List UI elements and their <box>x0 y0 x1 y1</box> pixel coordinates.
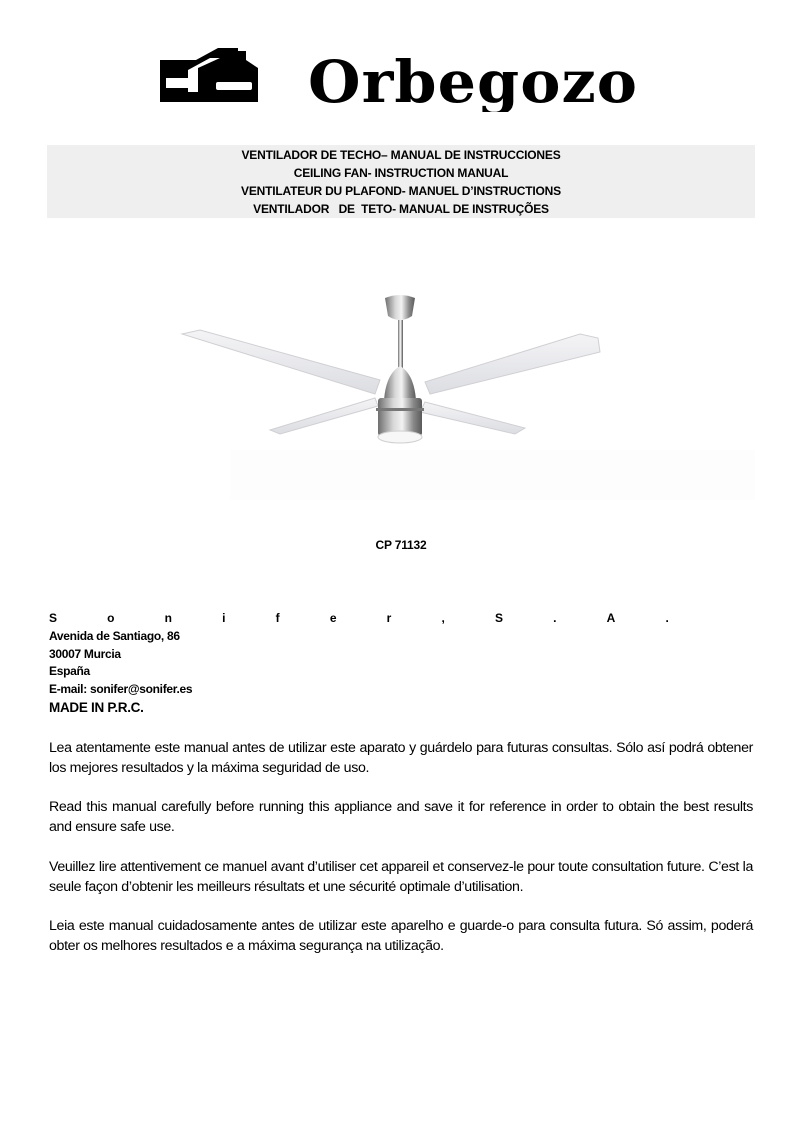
country-of-origin: MADE IN P.R.C. <box>49 700 144 715</box>
company-letter: . <box>666 611 669 625</box>
address-street: Avenida de Santiago, 86 <box>49 628 192 646</box>
intro-paragraph-en: Read this manual carefully before runnin… <box>49 797 753 837</box>
brand-logo: Orbegozo <box>158 46 644 112</box>
company-letter: A <box>607 611 616 625</box>
intro-paragraph-es: Lea atentamente este manual antes de uti… <box>49 738 753 778</box>
company-letter: . <box>553 611 556 625</box>
intro-paragraph-fr: Veuillez lire attentivement ce manuel av… <box>49 857 753 897</box>
company-letter: e <box>330 611 337 625</box>
company-letter: r <box>387 611 392 625</box>
intro-paragraph-pt: Leia este manual cuidadosamente antes de… <box>49 916 753 956</box>
title-line-en: CEILING FAN- INSTRUCTION MANUAL <box>47 164 755 182</box>
company-letter: , <box>442 611 445 625</box>
address-email: E-mail: sonifer@sonifer.es <box>49 681 192 699</box>
company-letter: f <box>276 611 280 625</box>
model-number: CP 71132 <box>0 538 802 552</box>
company-letter: o <box>107 611 114 625</box>
title-line-fr: VENTILATEUR DU PLAFOND- MANUEL D’INSTRUC… <box>47 182 755 200</box>
company-letter: S <box>49 611 57 625</box>
company-name: S o n i f e r , S . A . <box>49 611 669 625</box>
address-city: 30007 Murcia <box>49 646 192 664</box>
company-address: Avenida de Santiago, 86 30007 Murcia Esp… <box>49 628 192 698</box>
house-logo-icon: Orbegozo <box>158 46 644 112</box>
title-line-pt: VENTILADOR DE TETO- MANUAL DE INSTRUÇÕES <box>47 200 755 218</box>
ceiling-fan-image <box>170 290 755 500</box>
manual-title-band: VENTILADOR DE TECHO– MANUAL DE INSTRUCCI… <box>47 145 755 218</box>
svg-text:Orbegozo: Orbegozo <box>308 48 638 112</box>
company-letter: S <box>495 611 503 625</box>
title-line-es: VENTILADOR DE TECHO– MANUAL DE INSTRUCCI… <box>47 146 755 164</box>
company-letter: i <box>222 611 225 625</box>
company-letter: n <box>165 611 172 625</box>
address-country: España <box>49 663 192 681</box>
